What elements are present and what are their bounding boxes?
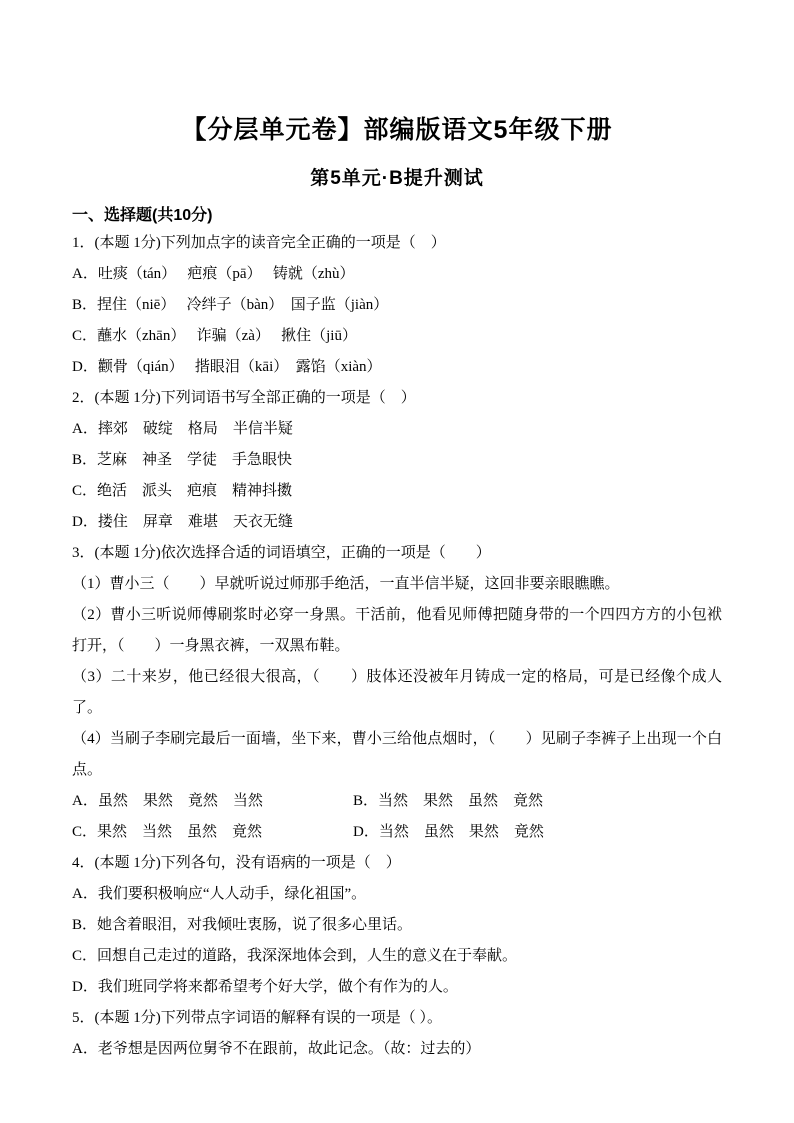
question-5-stem: 5．(本题 1分)下列带点字词语的解释有误的一项是（ ）。 <box>72 1003 722 1034</box>
question-2-stem: 2．(本题 1分)下列词语书写全部正确的一项是（ ） <box>72 383 722 414</box>
section-heading: 一、选择题(共10分) <box>72 204 722 228</box>
question-2-option-d: D．搂住 屏章 难堪 天衣无缝 <box>72 507 722 538</box>
question-2-option-a: A．摔郊 破绽 格局 半信半疑 <box>72 414 722 445</box>
question-1-option-a: A．吐痰（tán） 疤痕（pā） 铸就（zhù） <box>72 259 722 290</box>
question-3-option-row-1: A．虽然 果然 竟然 当然 B．当然 果然 虽然 竟然 <box>72 786 722 817</box>
question-1-option-d: D．颧骨（qián） 揩眼泪（kāi） 露馅（xiàn） <box>72 352 722 383</box>
question-1: 1．(本题 1分)下列加点字的读音完全正确的一项是（ ） A．吐痰（tán） 疤… <box>72 228 722 383</box>
question-5: 5．(本题 1分)下列带点字词语的解释有误的一项是（ ）。 A．老爷想是因两位舅… <box>72 1003 722 1065</box>
question-2-option-b: B．芝麻 神圣 学徒 手急眼快 <box>72 445 722 476</box>
question-4-option-a: A．我们要积极响应“人人动手，绿化祖国”。 <box>72 879 722 910</box>
question-3-subitem-2: （2）曹小三听说师傅刷浆时必穿一身黑。干活前，他看见师傅把随身带的一个四四方方的… <box>72 600 722 662</box>
question-3-subitem-4: （4）当刷子李刷完最后一面墙，坐下来，曹小三给他点烟时，（ ）见刷子李裤子上出现… <box>72 724 722 786</box>
exam-document-page: 【分层单元卷】部编版语文5年级下册 第5单元·B提升测试 一、选择题(共10分)… <box>0 0 794 1123</box>
question-3-option-b: B．当然 果然 虽然 竟然 <box>353 786 722 817</box>
question-3-subitem-3: （3）二十来岁，他已经很大很高，（ ）肢体还没被年月铸成一定的格局，可是已经像个… <box>72 662 722 724</box>
question-4-option-b: B．她含着眼泪，对我倾吐衷肠，说了很多心里话。 <box>72 910 722 941</box>
question-1-stem: 1．(本题 1分)下列加点字的读音完全正确的一项是（ ） <box>72 228 722 259</box>
question-3-option-a: A．虽然 果然 竟然 当然 <box>72 786 353 817</box>
question-1-option-c: C．蘸水（zhān） 诈骗（zà） 揪住（jiū） <box>72 321 722 352</box>
question-2-option-c: C．绝活 派头 疤痕 精神抖擞 <box>72 476 722 507</box>
question-3-subitem-1: （1）曹小三（ ）早就听说过师那手绝活，一直半信半疑，这回非要亲眼瞧瞧。 <box>72 569 722 600</box>
question-4-option-d: D．我们班同学将来都希望考个好大学，做个有作为的人。 <box>72 972 722 1003</box>
question-3-option-d: D．当然 虽然 果然 竟然 <box>353 817 722 848</box>
question-1-option-b: B．捏住（niē） 冷绊子（bàn） 国子监（jiàn） <box>72 290 722 321</box>
document-subtitle: 第5单元·B提升测试 <box>72 166 722 192</box>
question-4: 4．(本题 1分)下列各句，没有语病的一项是（ ） A．我们要积极响应“人人动手… <box>72 848 722 1003</box>
question-3-option-row-2: C．果然 当然 虽然 竟然 D．当然 虽然 果然 竟然 <box>72 817 722 848</box>
question-2: 2．(本题 1分)下列词语书写全部正确的一项是（ ） A．摔郊 破绽 格局 半信… <box>72 383 722 538</box>
question-5-option-a: A．老爷想是因两位舅爷不在跟前，故此记念。（故：过去的） <box>72 1034 722 1065</box>
document-title: 【分层单元卷】部编版语文5年级下册 <box>72 112 722 148</box>
question-4-option-c: C．回想自己走过的道路，我深深地体会到，人生的意义在于奉献。 <box>72 941 722 972</box>
question-4-stem: 4．(本题 1分)下列各句，没有语病的一项是（ ） <box>72 848 722 879</box>
question-3-stem: 3．(本题 1分)依次选择合适的词语填空，正确的一项是（ ） <box>72 538 722 569</box>
question-3: 3．(本题 1分)依次选择合适的词语填空，正确的一项是（ ） （1）曹小三（ ）… <box>72 538 722 848</box>
question-3-option-c: C．果然 当然 虽然 竟然 <box>72 817 353 848</box>
